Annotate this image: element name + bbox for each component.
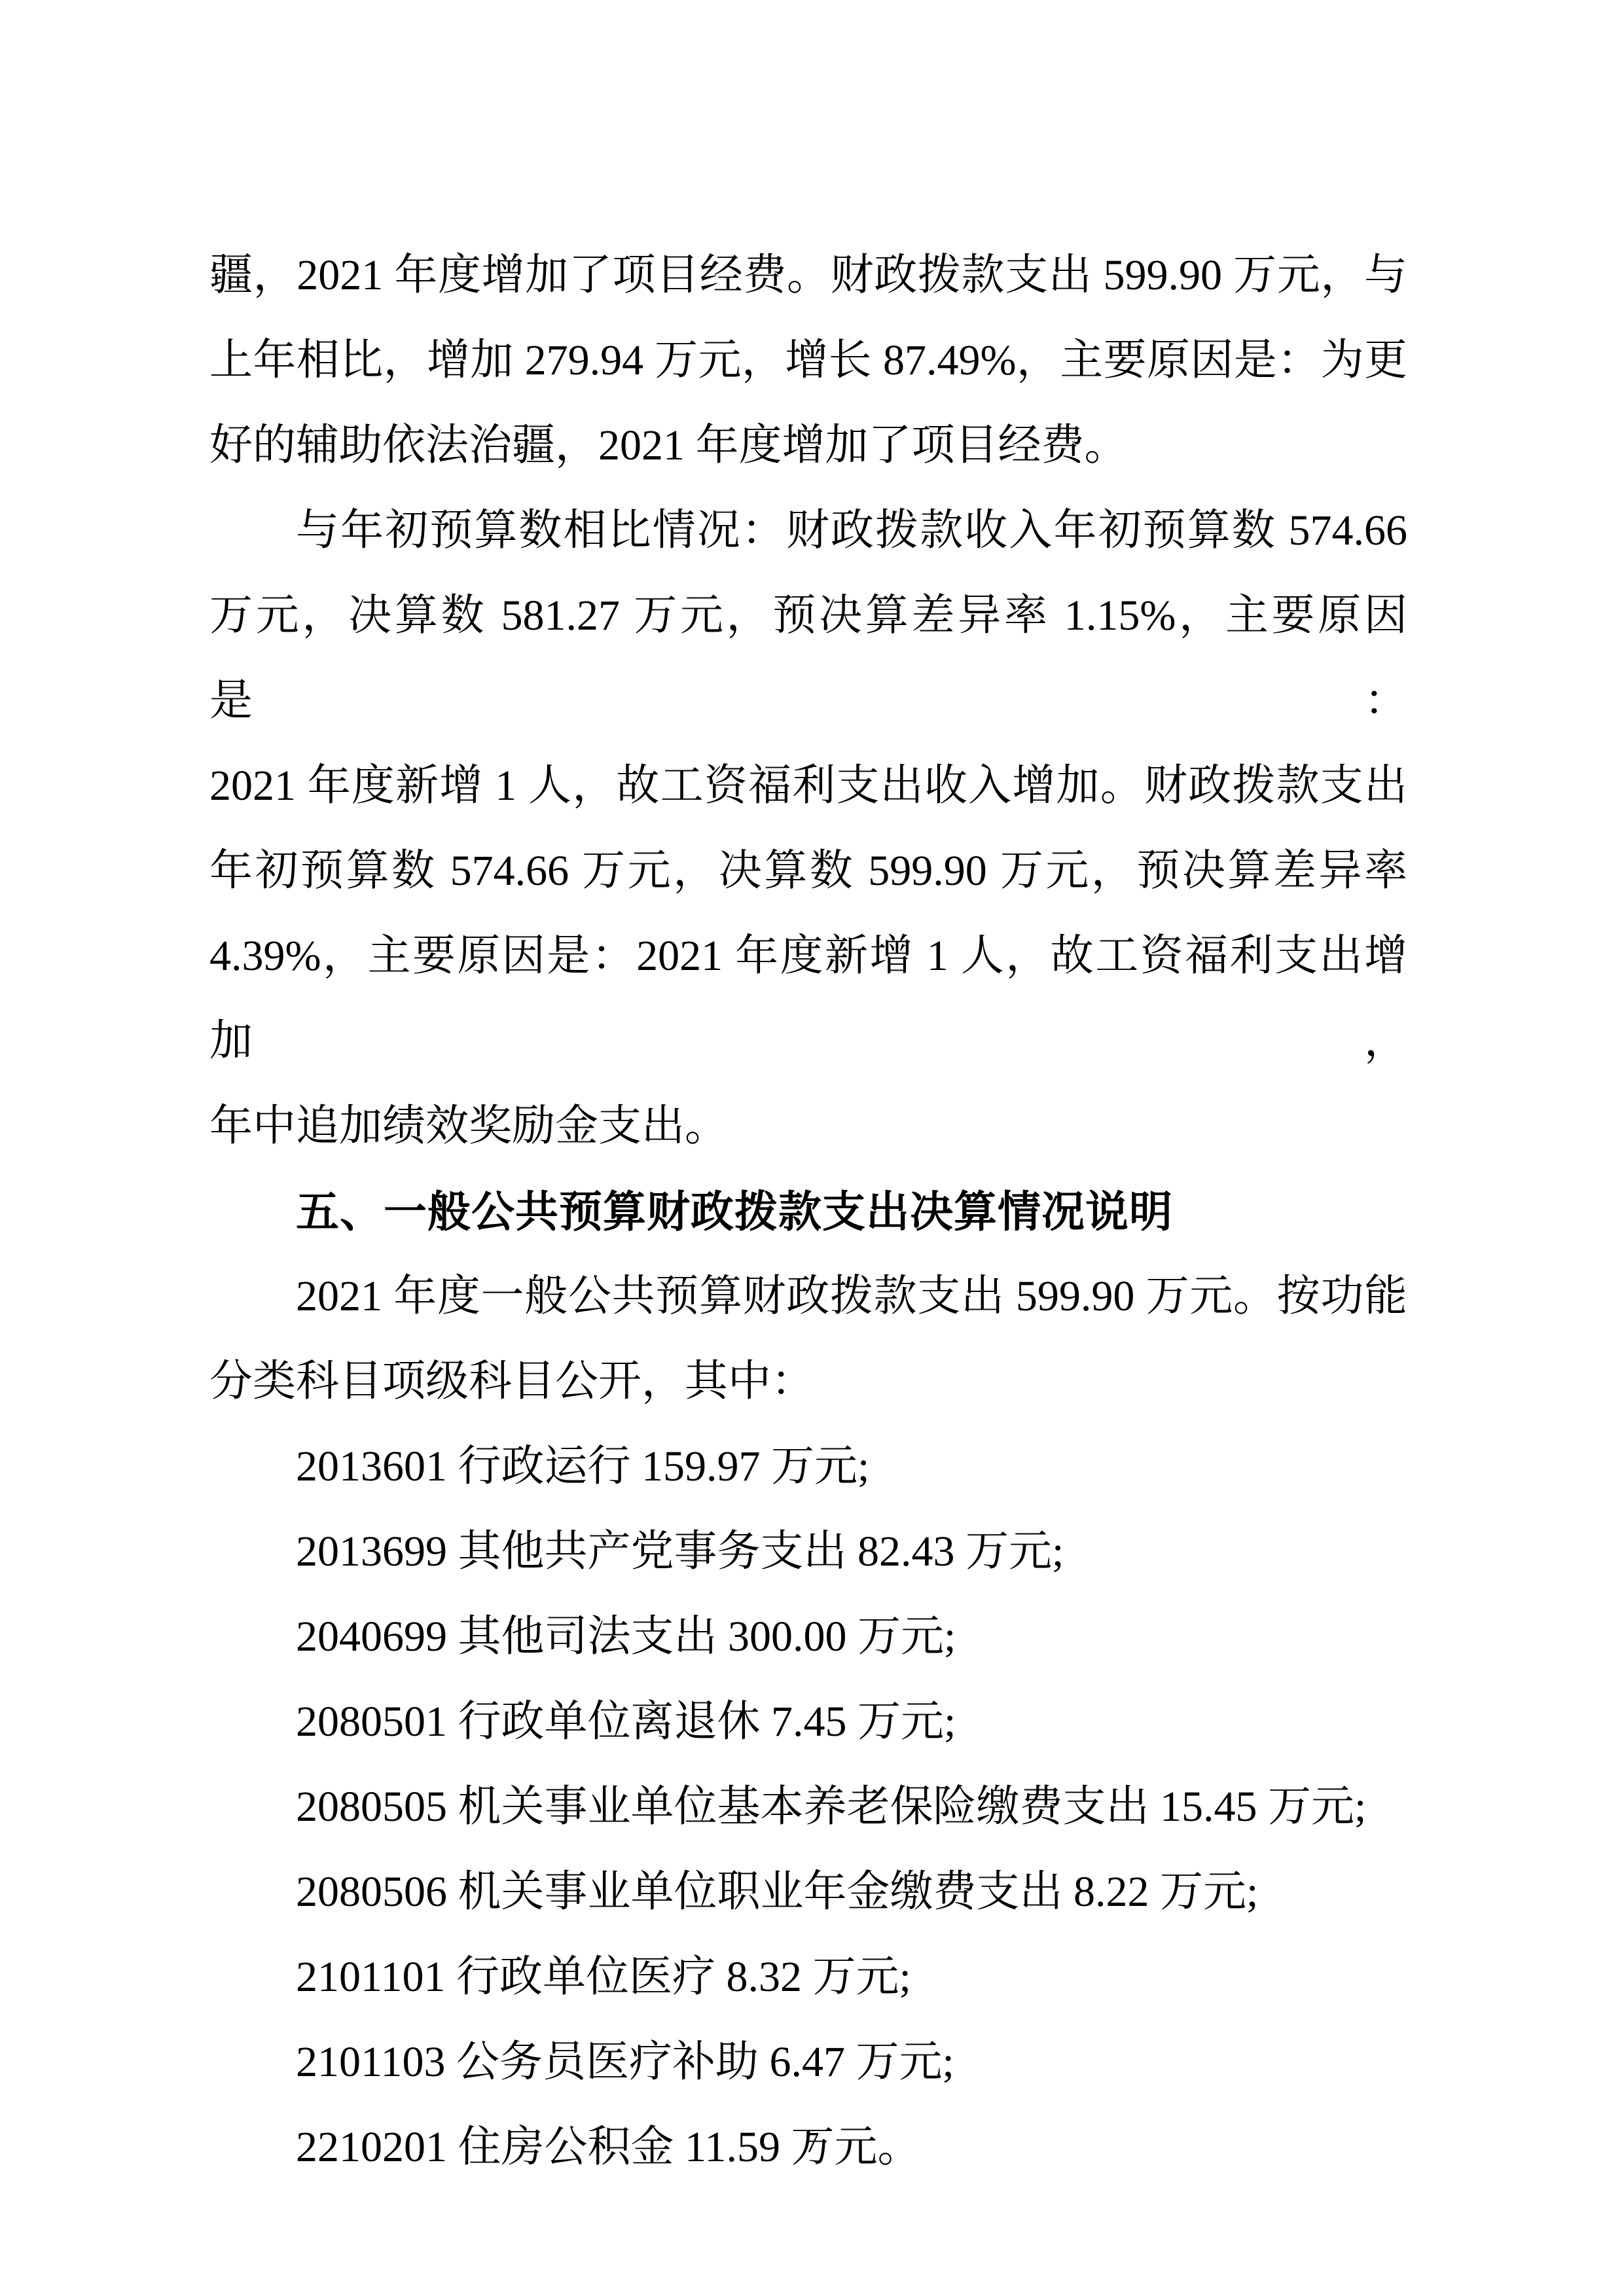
text-line: 2101103 公务员医疗补助 6.47 万元; — [209, 2020, 1407, 2105]
document-page: 疆，2021 年度增加了项目经费。财政拨款支出 599.90 万元，与上年相比，… — [0, 0, 1624, 2296]
text-line: 上年相比，增加 279.94 万元，增长 87.49%，主要原因是：为更 — [209, 318, 1407, 403]
text-line: 2040699 其他司法支出 300.00 万元; — [209, 1594, 1407, 1679]
text-line: 2013699 其他共产党事务支出 82.43 万元; — [209, 1509, 1407, 1594]
text-line: 好的辅助依法治疆，2021 年度增加了项目经费。 — [209, 403, 1407, 488]
text-line: 2080501 行政单位离退休 7.45 万元; — [209, 1679, 1407, 1765]
document-body: 疆，2021 年度增加了项目经费。财政拨款支出 599.90 万元，与上年相比，… — [209, 233, 1407, 2190]
text-line: 2021 年度新增 1 人，故工资福利支出收入增加。财政拨款支出 — [209, 744, 1407, 829]
text-line: 万元，决算数 581.27 万元，预决算差异率 1.15%，主要原因是： — [209, 573, 1407, 744]
text-line: 2013601 行政运行 159.97 万元; — [209, 1424, 1407, 1509]
text-line: 疆，2021 年度增加了项目经费。财政拨款支出 599.90 万元，与 — [209, 233, 1407, 318]
text-line: 年中追加绩效奖励金支出。 — [209, 1084, 1407, 1169]
text-line: 2101101 行政单位医疗 8.32 万元; — [209, 1935, 1407, 2020]
page-number: 7 — [0, 2128, 1624, 2157]
text-line: 2080505 机关事业单位基本养老保险缴费支出 15.45 万元; — [209, 1765, 1407, 1850]
section-heading: 五、一般公共预算财政拨款支出决算情况说明 — [209, 1169, 1407, 1254]
text-line: 4.39%，主要原因是：2021 年度新增 1 人，故工资福利支出增加， — [209, 914, 1407, 1084]
text-line: 年初预算数 574.66 万元，决算数 599.90 万元，预决算差异率 — [209, 829, 1407, 914]
text-line: 分类科目项级科目公开，其中： — [209, 1339, 1407, 1424]
text-line: 2080506 机关事业单位职业年金缴费支出 8.22 万元; — [209, 1850, 1407, 1935]
text-line: 与年初预算数相比情况：财政拨款收入年初预算数 574.66 — [209, 488, 1407, 573]
text-line: 2021 年度一般公共预算财政拨款支出 599.90 万元。按功能 — [209, 1254, 1407, 1339]
